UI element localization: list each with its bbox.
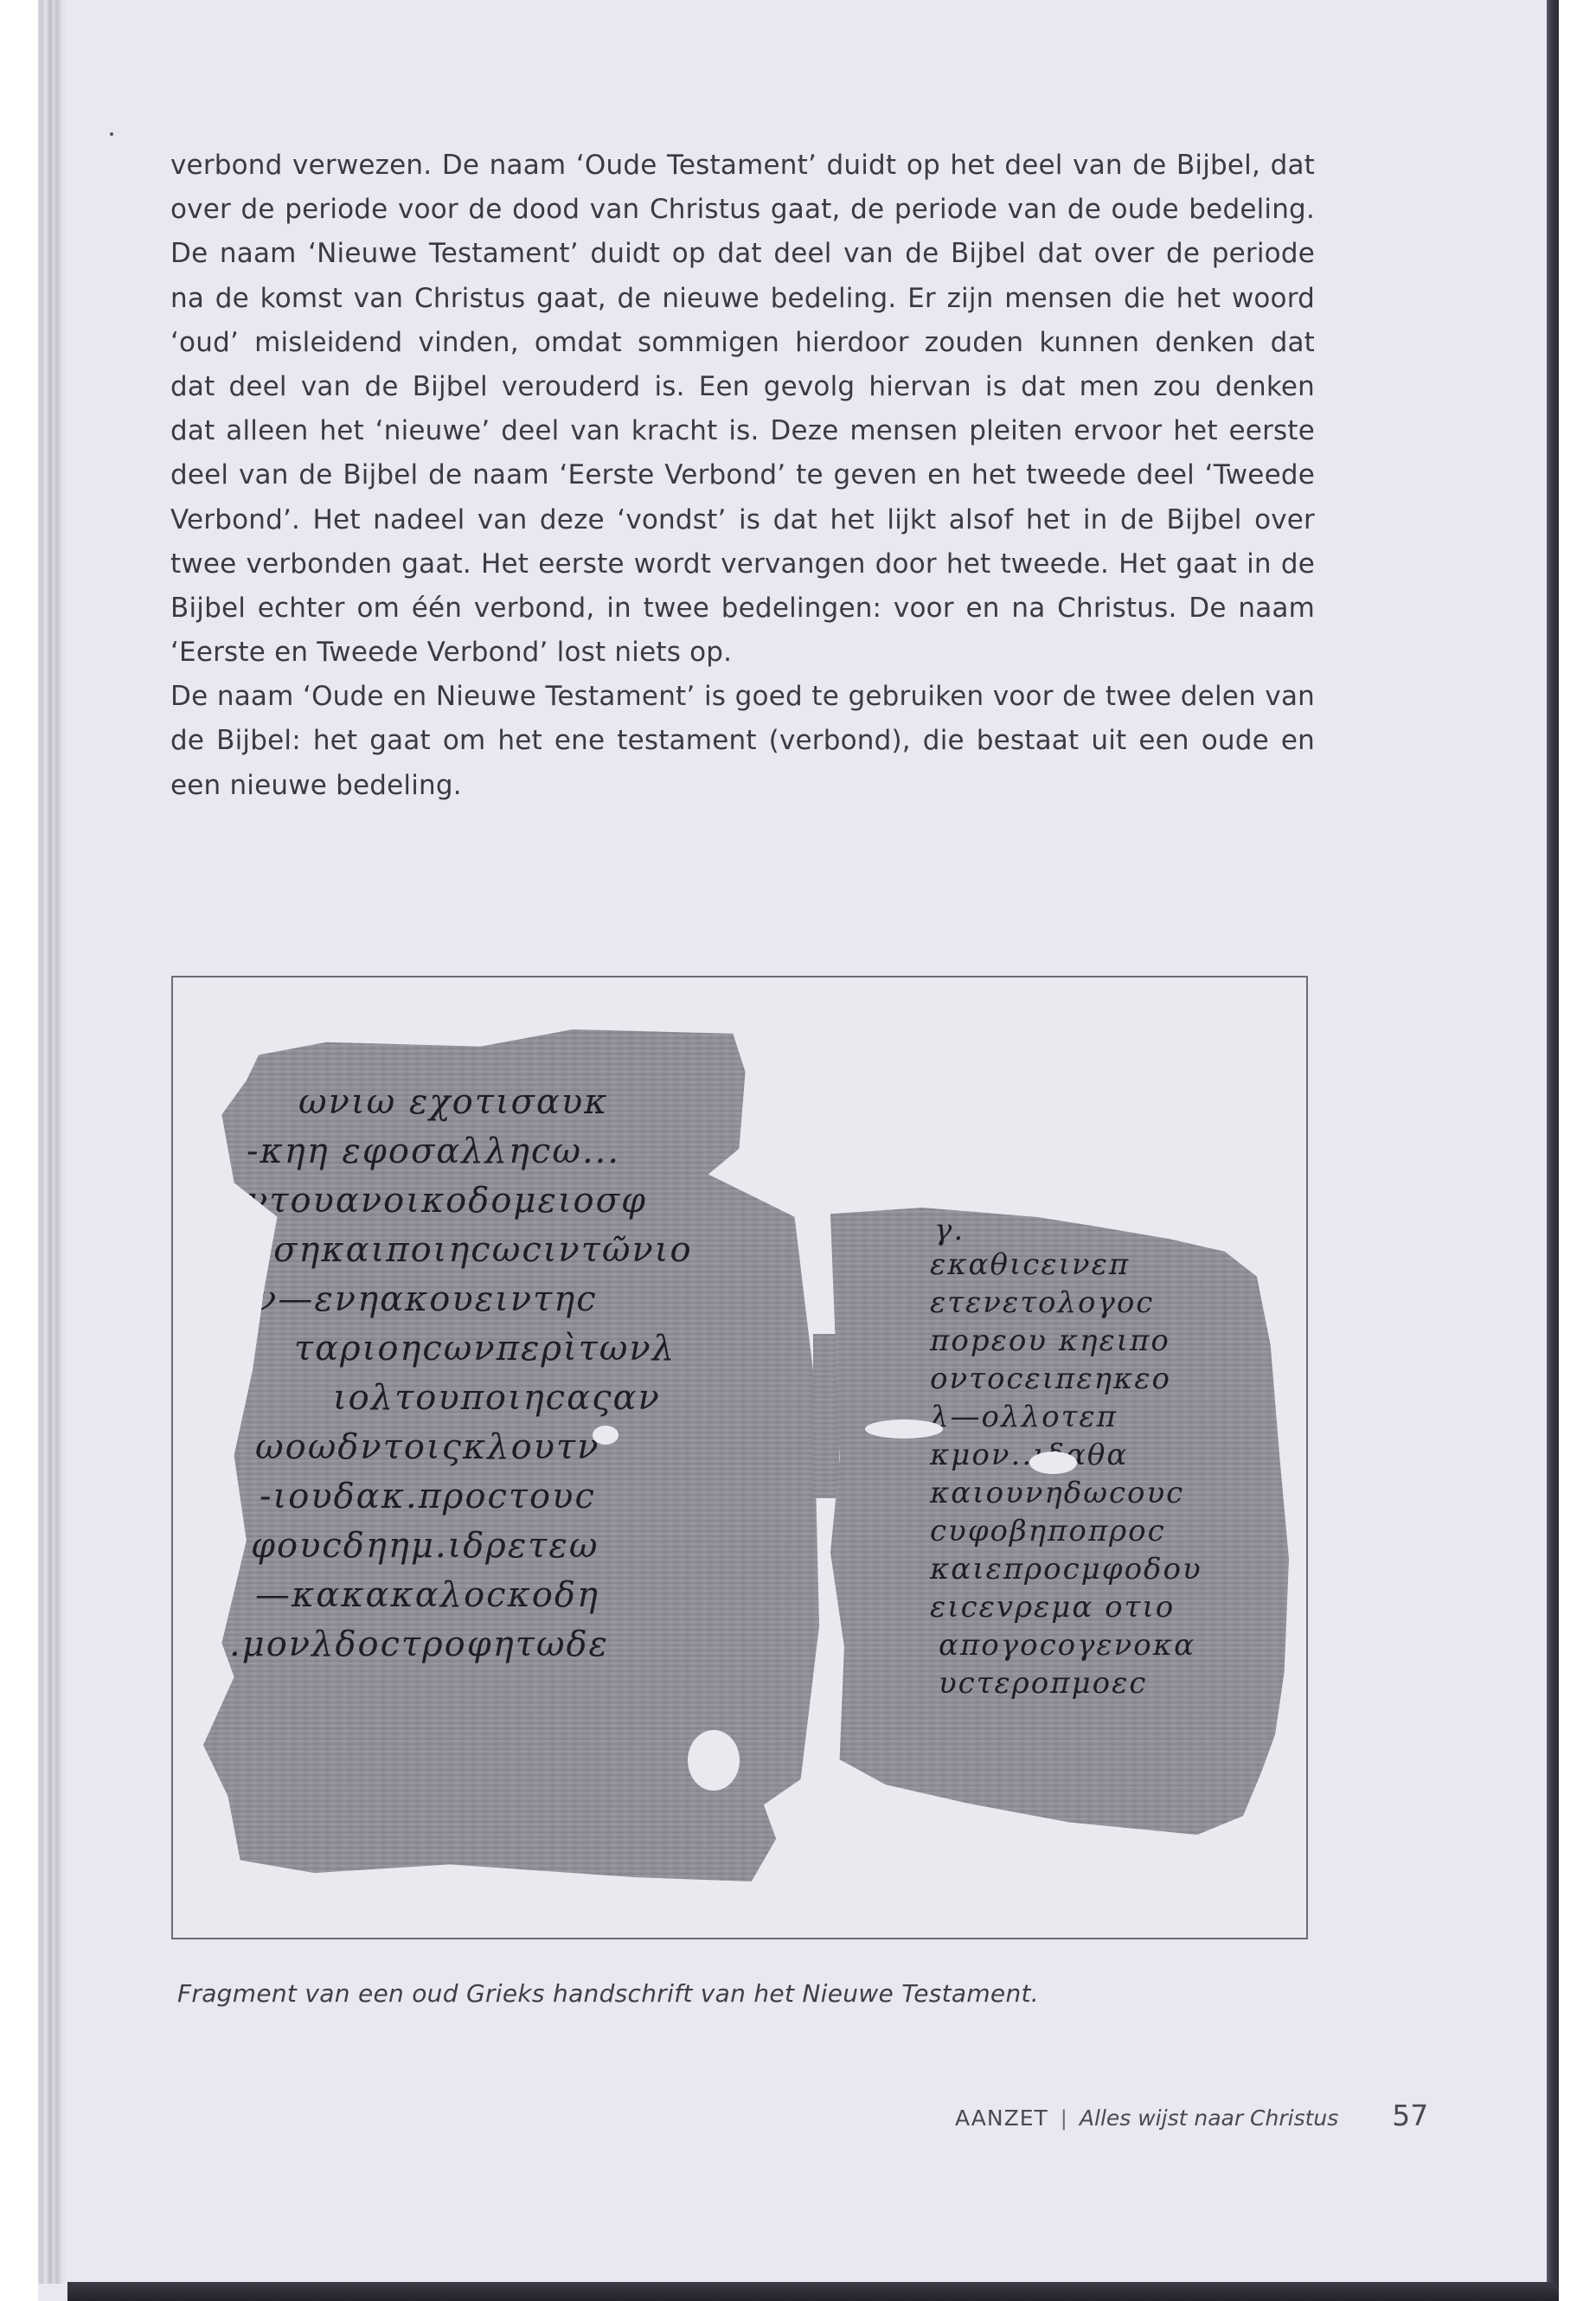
- footer-separator: |: [1061, 2106, 1067, 2131]
- greek-line: θσηκαιποιηcωcιντῶνιο: [251, 1226, 693, 1275]
- papyrus-figure: ωνιω εχοτισαυκ -κηη εφοσαλληcω... ντουαν…: [171, 976, 1308, 1939]
- papyrus-hole: [593, 1426, 619, 1445]
- text-line: Bijbel echter om één verbond, in twee be…: [170, 586, 1315, 631]
- greek-line: καιεπροcμφοδου: [930, 1550, 1202, 1588]
- greek-line: οντοcειπεηκεο: [930, 1360, 1171, 1398]
- greek-line: ντουανοικοδομειοσφ: [247, 1176, 647, 1226]
- greek-line: ν—ενηακουειντηc: [255, 1275, 598, 1324]
- greek-line: ωοωδντοιςκλουτν: [255, 1423, 599, 1472]
- footer-title: Alles wijst naar Christus: [1080, 2106, 1338, 2131]
- greek-line: cυφοβηποπροc: [930, 1512, 1166, 1550]
- text-line: Verbond’. Het nadeel van deze ‘vondst’ i…: [170, 498, 1315, 542]
- greek-line: κμον..ιδαθα: [930, 1436, 1128, 1474]
- papyrus-bridge: [813, 1334, 839, 1498]
- papyrus-fragment-right: γ. εκαθιcεινεπ ετενετολογοc ποpεου κηειπ…: [830, 1208, 1289, 1835]
- papyrus-hole: [1029, 1452, 1077, 1474]
- page-gutter: [38, 0, 67, 2284]
- footer-series: AANZET: [955, 2106, 1048, 2131]
- text-line: de Bijbel: het gaat om het ene testament…: [170, 719, 1315, 763]
- page-bottom-edge: [67, 2282, 1559, 2301]
- text-line-paragraph-end: een nieuwe bedeling.: [170, 764, 1315, 808]
- papyrus-hole: [688, 1730, 740, 1791]
- papyrus-hole: [865, 1420, 943, 1439]
- scanned-page: verbond verwezen. De naam ‘Oude Testamen…: [0, 0, 1596, 2301]
- greek-line: γ.: [934, 1211, 965, 1249]
- greek-line: —κακακαλοcκοδη: [255, 1571, 599, 1620]
- greek-line: λ—ολλοτεπ: [930, 1398, 1118, 1436]
- greek-line: καιουνηδωcουc: [930, 1474, 1184, 1512]
- body-text: verbond verwezen. De naam ‘Oude Testamen…: [170, 144, 1315, 808]
- greek-line: φουcδηημ.ιδρετεω: [251, 1522, 599, 1571]
- greek-line: εκαθιcεινεπ: [930, 1246, 1130, 1284]
- greek-line: .μονλδοcτροφητωδε: [229, 1620, 609, 1670]
- scan-speck: [110, 132, 113, 136]
- greek-line: ωνιω εχοτισαυκ: [298, 1078, 608, 1127]
- greek-line: απογοcογενοκα: [939, 1626, 1195, 1664]
- greek-line: υcτεροπμοεc: [939, 1664, 1147, 1702]
- greek-line: ποpεου κηειπο: [930, 1322, 1170, 1360]
- text-line-paragraph-end: ‘Eerste en Tweede Verbond’ lost niets op…: [170, 631, 1315, 675]
- greek-line: ταριοηcωνπερὶτωνλ: [294, 1324, 676, 1374]
- figure-caption: Fragment van een oud Grieks handschrift …: [177, 1979, 1039, 2008]
- text-line: deel van de Bijbel de naam ‘Eerste Verbo…: [170, 453, 1315, 497]
- text-line: na de komst van Christus gaat, de nieuwe…: [170, 277, 1315, 321]
- text-line: twee verbonden gaat. Het eerste wordt ve…: [170, 542, 1315, 586]
- text-line: over de periode voor de dood van Christu…: [170, 188, 1315, 232]
- papyrus-fragment-left: ωνιω εχοτισαυκ -κηη εφοσαλληcω... ντουαν…: [203, 1029, 819, 1881]
- text-line: De naam ‘Oude en Nieuwe Testament’ is go…: [170, 675, 1315, 719]
- page-footer: AANZET | Alles wijst naar Christus 57: [955, 2099, 1428, 2132]
- greek-line: -ιουδακ.προcτουc: [260, 1472, 596, 1522]
- greek-line: ιολτουποιηcαςαν: [333, 1374, 661, 1423]
- text-line: ‘oud’ misleidend vinden, omdat sommigen …: [170, 321, 1315, 365]
- text-line: verbond verwezen. De naam ‘Oude Testamen…: [170, 144, 1315, 188]
- text-line: De naam ‘Nieuwe Testament’ duidt op dat …: [170, 232, 1315, 276]
- greek-line: ετενετολογοc: [930, 1284, 1154, 1322]
- text-line: dat alleen het ‘nieuwe’ deel van kracht …: [170, 409, 1315, 453]
- page-number: 57: [1392, 2099, 1428, 2132]
- text-line: dat deel van de Bijbel verouderd is. Een…: [170, 365, 1315, 409]
- page-right-edge: [1547, 0, 1559, 2301]
- greek-line: -κηη εφοσαλληcω...: [247, 1127, 620, 1176]
- greek-line: ειcεvρεμα οτιο: [930, 1588, 1175, 1626]
